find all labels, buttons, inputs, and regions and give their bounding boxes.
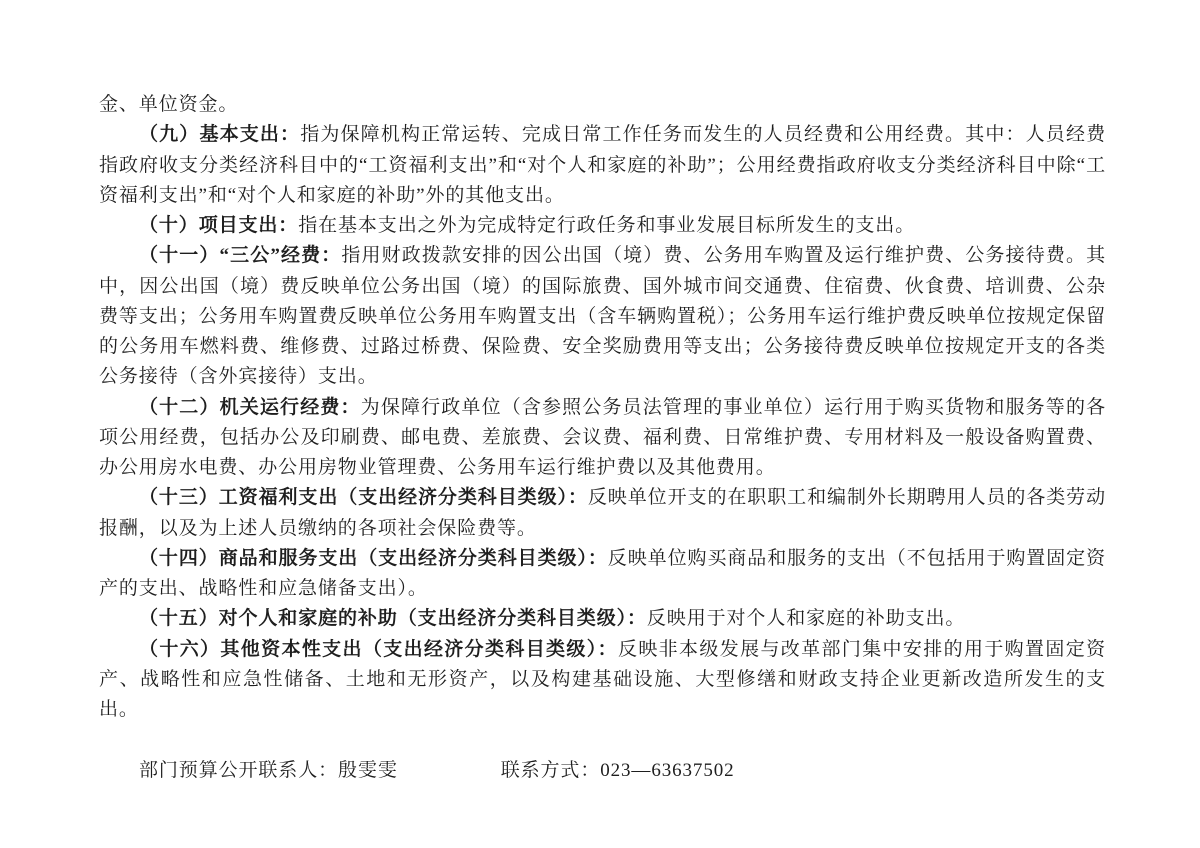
definition-paragraph-16: （十六）其他资本性支出（支出经济分类科目类级）：反映非本级发展与改革部门集中安排…: [99, 635, 1106, 726]
continuation-line: 金、单位资金。: [99, 90, 1106, 120]
definition-paragraph-14: （十四）商品和服务支出（支出经济分类科目类级）：反映单位购买商品和服务的支出（不…: [99, 544, 1106, 605]
definition-paragraph-10: （十）项目支出：指在基本支出之外为完成特定行政任务和事业发展目标所发生的支出。: [99, 211, 1106, 241]
contact-footer: 部门预算公开联系人：殷雯雯联系方式：023—63637502: [99, 756, 1106, 786]
paragraph-15-heading: （十五）对个人和家庭的补助（支出经济分类科目类级）：: [139, 608, 647, 629]
paragraph-13-heading: （十三）工资福利支出（支出经济分类科目类级）：: [139, 487, 588, 508]
paragraph-15-body: 反映用于对个人和家庭的补助支出。: [647, 608, 965, 629]
paragraph-10-body: 指在基本支出之外为完成特定行政任务和事业发展目标所发生的支出。: [298, 215, 915, 236]
phone-label: 联系方式：: [501, 760, 601, 781]
paragraph-16-heading: （十六）其他资本性支出（支出经济分类科目类级）：: [139, 639, 618, 660]
paragraph-12-heading: （十二）机关运行经费：: [139, 397, 361, 418]
contact-name: 殷雯雯: [338, 760, 398, 781]
document-body: 金、单位资金。 （九）基本支出：指为保障机构正常运转、完成日常工作任务而发生的人…: [99, 90, 1106, 787]
paragraph-9-heading: （九）基本支出：: [139, 124, 300, 145]
definition-paragraph-9: （九）基本支出：指为保障机构正常运转、完成日常工作任务而发生的人员经费和公用经费…: [99, 120, 1106, 211]
document-page: 金、单位资金。 （九）基本支出：指为保障机构正常运转、完成日常工作任务而发生的人…: [0, 0, 1200, 848]
paragraph-10-heading: （十）项目支出：: [139, 215, 298, 236]
definition-paragraph-15: （十五）对个人和家庭的补助（支出经济分类科目类级）：反映用于对个人和家庭的补助支…: [99, 604, 1106, 634]
definition-paragraph-12: （十二）机关运行经费：为保障行政单位（含参照公务员法管理的事业单位）运行用于购买…: [99, 393, 1106, 484]
phone-number: 023—63637502: [600, 760, 734, 781]
definition-paragraph-13: （十三）工资福利支出（支出经济分类科目类级）：反映单位开支的在职职工和编制外长期…: [99, 483, 1106, 544]
paragraph-11-body: 指用财政拨款安排的因公出国（境）费、公务用车购置及运行维护费、公务接待费。其中，…: [99, 245, 1106, 387]
definition-paragraph-11: （十一）“三公”经费：指用财政拨款安排的因公出国（境）费、公务用车购置及运行维护…: [99, 241, 1106, 392]
contact-label: 部门预算公开联系人：: [139, 760, 338, 781]
paragraph-11-heading: （十一）“三公”经费：: [139, 245, 341, 266]
paragraph-14-heading: （十四）商品和服务支出（支出经济分类科目类级）：: [139, 548, 608, 569]
